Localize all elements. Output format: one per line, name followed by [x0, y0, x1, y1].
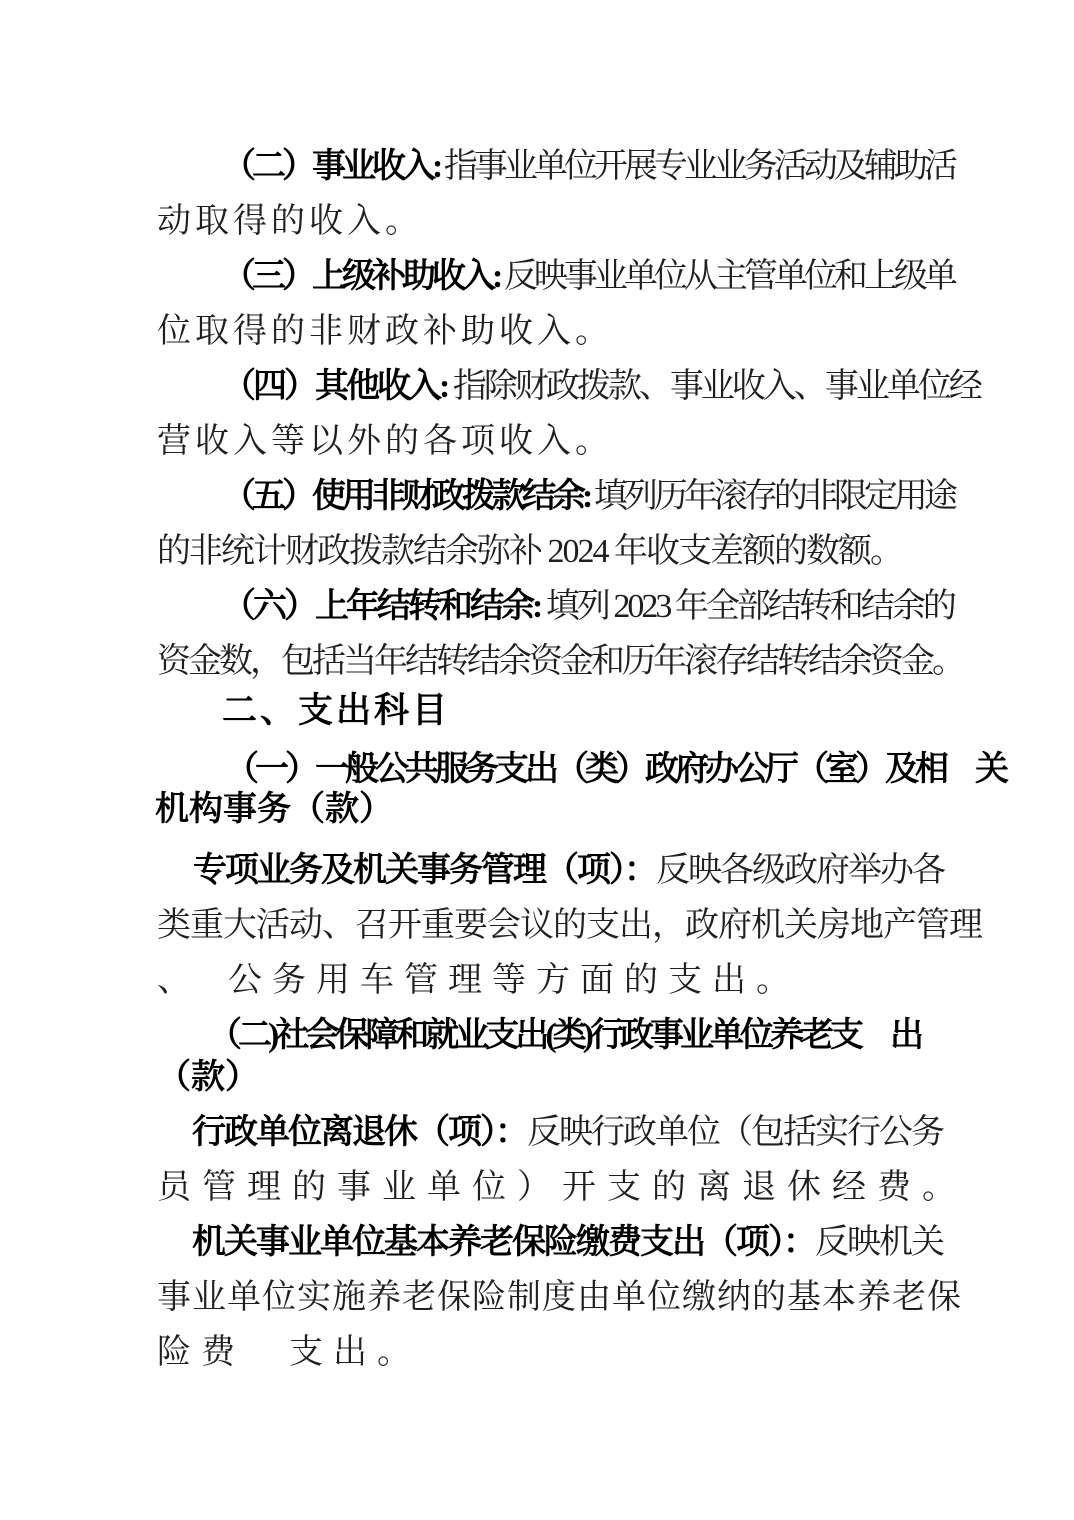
income-item-2-line-1: （二）事业收入: 指事业单位开展专业业务活动及辅助活: [222, 147, 954, 187]
expense-item-1-sub-label: 专项业务及机关事务管理（项）：: [193, 852, 656, 889]
expense-item-2-sub2-body: 反映机关: [815, 1224, 943, 1261]
section-heading-expenditure: 二、支出科目: [222, 691, 450, 731]
income-item-4-line-2: 营收入等以外的各项收入。: [157, 422, 613, 462]
expense-item-1-title-cont: 机构事务（款）: [155, 791, 393, 828]
expense-item-1-sub-line-1: 专项业务及机关事务管理（项）：反映各级政府举办各: [193, 851, 944, 891]
income-item-3-body-cont: 位取得的非财政补助收入。: [157, 313, 613, 350]
expense-item-1-sub-line-2: 类重大活动、召开重要会议的支出，政府机关房地产管理: [157, 906, 982, 946]
income-item-2-body: 指事业单位开展专业业务活动及辅助活: [439, 148, 954, 185]
income-item-2-label: （二）事业收入:: [222, 148, 439, 185]
income-item-4-line-1: （四）其他收入: 指除财政拨款、事业收入、事业单位经: [222, 367, 980, 407]
expense-item-2-line-1: （二)社会保障和就业支出(类)行政事业单位养老支 出: [208, 1016, 920, 1056]
income-item-6-label: （六）上年结转和结余:: [222, 588, 540, 625]
expense-item-2-title: （二)社会保障和就业支出(类)行政事业单位养老支 出: [208, 1017, 920, 1054]
section-heading-expenditure-text: 二、支出科目: [222, 691, 450, 730]
income-item-5-body: 填列历年滚存的非限定用途: [589, 478, 954, 515]
expense-item-1-sub-body: 反映各级政府举办各: [656, 852, 944, 889]
income-item-5-body-cont: 的非统计财政拨款结余弥补 2024 年收支差额的数额。: [157, 533, 902, 570]
income-item-4-label: （四）其他收入:: [222, 368, 447, 405]
income-item-2-line-2: 动取得的收入。: [157, 202, 423, 242]
income-item-3-line-1: （三）上级补助收入: 反映事业单位从主管单位和上级单: [222, 257, 954, 297]
expense-item-2-sub2-line-3: 险费 支出。: [157, 1333, 421, 1373]
expense-item-2-title-cont: （款）: [157, 1059, 259, 1096]
expense-item-2-sub2-line-2: 事业单位实施养老保险制度由单位缴纳的基本养老保: [157, 1278, 962, 1318]
income-item-6-line-2: 资金数，包括当年结转结余资金和历年滚存结转结余资金。: [157, 642, 963, 682]
expense-item-2-sub1-line-1: 行政单位离退休（项）：反映行政单位（包括实行公务: [192, 1113, 943, 1153]
income-item-5-line-2: 的非统计财政拨款结余弥补 2024 年收支差额的数额。: [157, 532, 902, 572]
expense-item-2-sub1-label: 行政单位离退休（项）：: [192, 1114, 527, 1151]
expense-item-2-sub2-line-1: 机关事业单位基本养老保险缴费支出（项）：反映机关: [192, 1223, 943, 1263]
income-item-6-body: 填列 2023 年全部结转和结余的: [540, 588, 954, 625]
document-page: （二）事业收入: 指事业单位开展专业业务活动及辅助活 动取得的收入。 （三）上级…: [0, 0, 1074, 1520]
expense-item-1-sub-body-cont2: 、 公务用车管理等方面的支出。: [157, 962, 800, 999]
income-item-6-body-cont: 资金数，包括当年结转结余资金和历年滚存结转结余资金。: [157, 643, 963, 680]
income-item-6-line-1: （六）上年结转和结余: 填列 2023 年全部结转和结余的: [222, 587, 954, 627]
expense-item-1-title: （一）一般公共服务支出（类）政府办公厅（室）及相 关: [225, 751, 1005, 788]
expense-item-2-sub2-body-cont1: 事业单位实施养老保险制度由单位缴纳的基本养老保: [157, 1279, 962, 1316]
income-item-3-body: 反映事业单位从主管单位和上级单: [499, 258, 954, 295]
expense-item-1-line-1: （一）一般公共服务支出（类）政府办公厅（室）及相 关: [225, 750, 1005, 790]
expense-item-2-line-2: （款）: [157, 1058, 259, 1098]
income-item-3-line-2: 位取得的非财政补助收入。: [157, 312, 613, 352]
expense-item-2-sub1-line-2: 员管理的事业单位）开支的离退休经费。: [157, 1168, 967, 1208]
expense-item-2-sub1-body: 反映行政单位（包括实行公务: [527, 1114, 943, 1151]
expense-item-2-sub1-body-cont: 员管理的事业单位）开支的离退休经费。: [157, 1169, 967, 1206]
expense-item-1-line-2: 机构事务（款）: [155, 790, 393, 830]
expense-item-2-sub2-body-cont2: 险费 支出。: [157, 1334, 421, 1371]
income-item-5-line-1: （五）使用非财政拨款结余: 填列历年滚存的非限定用途: [222, 477, 954, 517]
expense-item-1-sub-body-cont1: 类重大活动、召开重要会议的支出，政府机关房地产管理: [157, 907, 982, 944]
income-item-3-label: （三）上级补助收入:: [222, 258, 499, 295]
income-item-4-body: 指除财政拨款、事业收入、事业单位经: [447, 368, 980, 405]
income-item-4-body-cont: 营收入等以外的各项收入。: [157, 423, 613, 460]
expense-item-1-sub-line-3: 、 公务用车管理等方面的支出。: [157, 961, 800, 1001]
expense-item-2-sub2-label: 机关事业单位基本养老保险缴费支出（项）：: [192, 1224, 815, 1261]
income-item-5-label: （五）使用非财政拨款结余:: [222, 478, 589, 515]
income-item-2-body-cont: 动取得的收入。: [157, 203, 423, 240]
